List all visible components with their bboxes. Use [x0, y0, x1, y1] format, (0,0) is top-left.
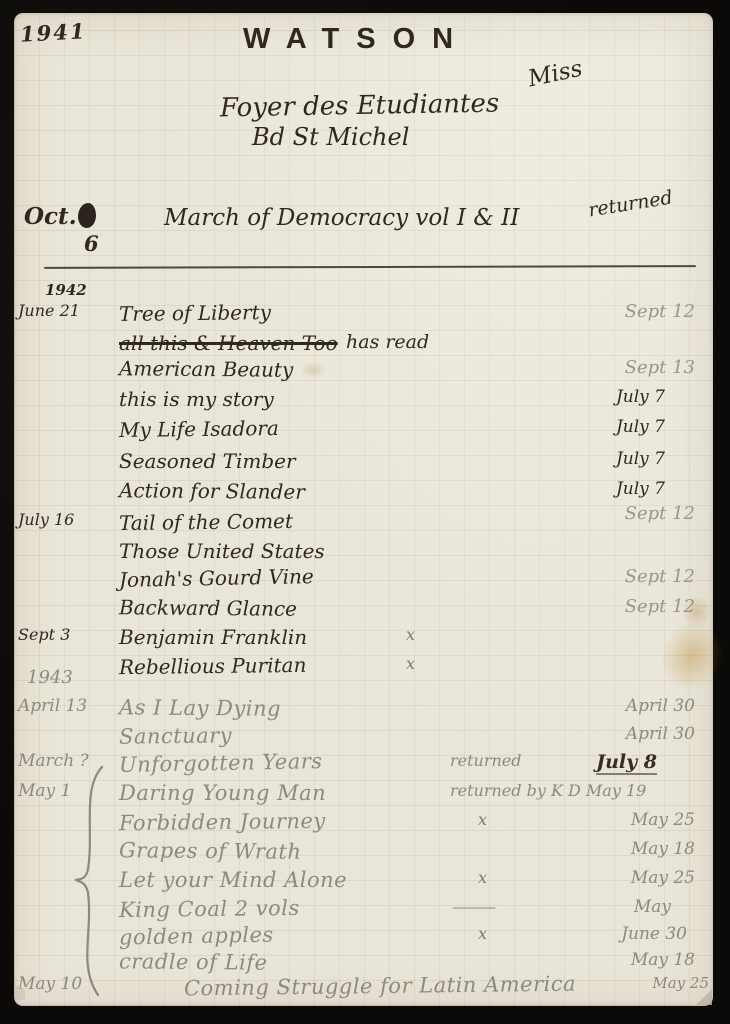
book-title: cradle of Life — [119, 949, 268, 974]
book-title: March of Democracy vol I & II — [164, 205, 519, 231]
book-title: Unforgotten Years — [119, 749, 323, 777]
return-date: July 7 — [616, 387, 665, 407]
x-mark: x — [406, 654, 415, 673]
x-mark: x — [406, 625, 415, 644]
ledger-row: My Life Isadora July 7 — [14, 417, 713, 444]
book-title: Tree of Liberty — [119, 300, 271, 326]
ledger-row: Grapes of Wrath May 18 — [14, 839, 713, 866]
dash-mark: ——— — [452, 897, 494, 916]
book-title: King Coal 2 vols — [119, 896, 300, 922]
ledger-row: American Beauty Sept 13 — [14, 357, 713, 384]
book-title: American Beauty — [119, 356, 293, 382]
ledger-row: Sept 3 Benjamin Franklin x — [14, 625, 713, 652]
book-title: Forbidden Journey — [119, 809, 326, 836]
return-date: June 30 — [621, 924, 687, 944]
return-date: April 30 — [626, 724, 695, 744]
checkout-date: June 21 — [18, 301, 80, 320]
ledger-row: King Coal 2 vols ——— May — [14, 897, 713, 924]
checkout-date: Sept 3 — [18, 625, 70, 644]
ledger-row: this is my story July 7 — [14, 387, 713, 414]
library-card: 1941 WATSON Miss Foyer des Etudiantes Bd… — [14, 13, 713, 1006]
address-line-1: Foyer des Etudiantes — [220, 89, 500, 124]
x-mark: x — [478, 924, 487, 943]
divider-rule — [44, 265, 696, 269]
ledger-row: Sanctuary April 30 — [14, 724, 713, 751]
ledger-row: May 1 Daring Young Man returned by K D M… — [14, 781, 713, 808]
ledger-row: Seasoned Timber July 7 — [14, 449, 713, 476]
return-date: July 8 — [596, 751, 657, 775]
ledger-row: golden apples x June 30 — [14, 924, 713, 951]
ledger-row: Rebellious Puritan x — [14, 654, 713, 681]
book-title: Sanctuary — [119, 723, 232, 748]
ledger-row: Backward Glance Sept 12 — [14, 596, 713, 623]
book-title: My Life Isadora — [119, 416, 279, 442]
ledger-row: Action for Slander July 7 — [14, 479, 713, 506]
margin-brace — [70, 765, 112, 997]
book-title: Action for Slander — [119, 478, 305, 504]
book-title: Let your Mind Alone — [119, 868, 347, 892]
book-title: Those United States — [119, 539, 325, 563]
book-title: As I Lay Dying — [119, 695, 281, 720]
ledger-row: all this & Heaven Too has read — [14, 331, 713, 358]
salutation: Miss — [526, 56, 585, 93]
ledger-row: June 21 Tree of Liberty Sept 12 — [14, 301, 713, 328]
checkout-date: July 16 — [18, 510, 74, 529]
has-read-note: has read — [346, 331, 429, 353]
borrower-name: WATSON — [243, 23, 470, 56]
x-mark: x — [478, 868, 487, 887]
x-mark: x — [478, 810, 487, 829]
book-title: Coming Struggle for Latin America — [184, 972, 576, 1001]
photo-background: 1941 WATSON Miss Foyer des Etudiantes Bd… — [0, 0, 730, 1024]
return-date: May 18 — [631, 950, 695, 970]
year-label-1942: 1942 — [45, 281, 87, 299]
ledger-row: July 16 Tail of the Comet Sept 12 — [14, 510, 713, 537]
edge-wear — [15, 986, 25, 1000]
corner-fold — [696, 989, 712, 1005]
first-entry-month: Oct. — [24, 203, 77, 230]
returned-note: returned — [450, 751, 522, 770]
address-line-2: Bd St Michel — [252, 123, 409, 151]
book-title: Backward Glance — [119, 595, 297, 621]
stain — [682, 595, 712, 629]
book-title: Seasoned Timber — [119, 449, 296, 473]
return-date: Sept 12 — [625, 503, 695, 524]
checkout-date: April 13 — [18, 696, 87, 716]
ledger-row: March ? Unforgotten Years returned July … — [14, 751, 713, 778]
book-title-struck: all this & Heaven Too — [119, 331, 338, 355]
book-title: Grapes of Wrath — [119, 838, 302, 864]
return-date: Sept 12 — [625, 301, 695, 322]
returned-note: returned by K D May 19 — [450, 781, 646, 800]
ledger-row: April 13 As I Lay Dying April 30 — [14, 696, 713, 723]
ink-blot: 5 — [78, 203, 96, 228]
return-date: May — [634, 897, 671, 917]
ledger-row: May 10 Coming Struggle for Latin America… — [14, 974, 713, 1001]
ledger-row: cradle of Life May 18 — [14, 950, 713, 977]
return-date: May 18 — [631, 839, 695, 859]
return-date: July 7 — [616, 417, 665, 437]
ledger-row: Jonah's Gourd Vine Sept 12 — [14, 566, 713, 593]
return-date: July 7 — [616, 449, 665, 469]
return-date: April 30 — [626, 696, 695, 716]
checkout-date: May 1 — [18, 781, 71, 801]
return-date: Sept 13 — [625, 357, 695, 378]
return-date: July 7 — [616, 479, 665, 499]
corner-year: 1941 — [19, 18, 87, 46]
ledger-row: Let your Mind Alone x May 25 — [14, 868, 713, 895]
return-date: May 25 — [631, 810, 695, 830]
book-title: this is my story — [119, 387, 274, 411]
book-title: Rebellious Puritan — [119, 653, 307, 679]
ledger-row: Forbidden Journey x May 25 — [14, 810, 713, 837]
stain — [300, 361, 326, 379]
book-title: Jonah's Gourd Vine — [119, 564, 314, 592]
returned-note: returned — [587, 186, 674, 221]
book-title: Daring Young Man — [119, 781, 326, 805]
return-date: Sept 12 — [625, 566, 695, 587]
book-title: Tail of the Comet — [119, 509, 293, 535]
ledger-row: Those United States — [14, 539, 713, 566]
book-title: Benjamin Franklin — [119, 625, 307, 649]
book-title: golden apples — [119, 923, 274, 950]
first-entry-corrected-day: 6 — [84, 231, 99, 256]
return-date: May 25 — [631, 868, 695, 888]
